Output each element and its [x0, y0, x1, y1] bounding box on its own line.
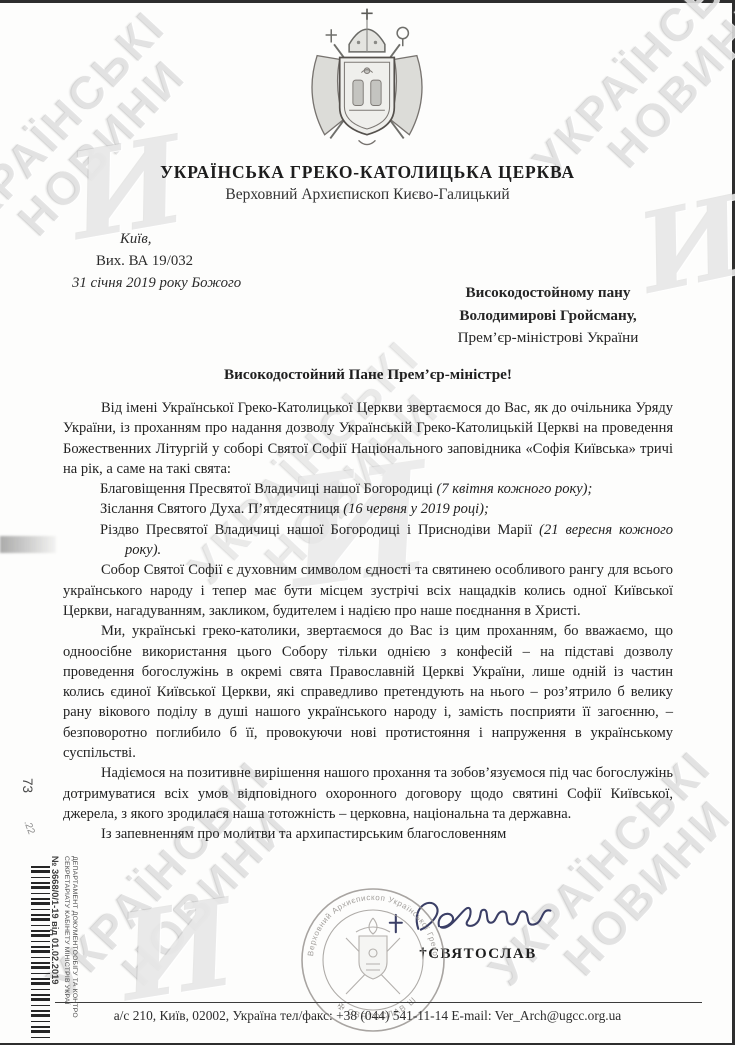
registration-stamp-department: ДЕПАРТАМЕНТ ДОКУМЕНТООБІГУ ТА КОНТРО — [70, 856, 78, 1036]
recipient-name: Володимирові Гройсману, — [408, 305, 688, 328]
scan-artifact-band — [0, 536, 56, 553]
feast-date-note: (16 червня у 2019 році); — [343, 501, 489, 517]
letter-body: Від імені Української Греко-Католицької … — [63, 398, 673, 845]
meta-date: 31 січня 2019 року Божого — [72, 272, 262, 294]
margin-pencil-note: .22 — [21, 819, 36, 836]
paragraph-request: Від імені Української Греко-Католицької … — [63, 398, 673, 479]
margin-page-number: 73 — [20, 778, 35, 793]
meta-ref-number: Вих. ВА 19/032 — [72, 250, 262, 272]
feast-item: Зіслання Святого Духа. П’ятдесятниця (16… — [63, 499, 673, 519]
footer-divider — [55, 1002, 702, 1003]
org-subtitle: Верховний Архиєпископ Києво-Галицький — [0, 186, 735, 204]
registration-stamp-number: № 3668/0/1-19 від 01.02.2019 — [48, 856, 60, 1036]
feast-name: Благовіщення Пресвятої Владичиці нашої Б… — [100, 481, 433, 497]
salutation-line: Високодостойний Пане Прем’єр-міністре! — [63, 366, 673, 384]
paragraph-hope: Надіємося на позитивне вирішення нашого … — [63, 763, 673, 824]
registration-barcode — [31, 866, 50, 1038]
registration-stamp: ДЕПАРТАМЕНТ ДОКУМЕНТООБІГУ ТА КОНТРО СЕК… — [48, 856, 78, 1036]
registration-stamp-secretariat: СЕКРЕТАРІАТУ КАБІНЕТУ МІНІСТРІВ УКРАЇ — [61, 856, 69, 1036]
footer-contact-line: а/с 210, Київ, 02002, Україна тел/факс: … — [0, 1008, 735, 1024]
feast-item: Різдво Пресвятої Владичиці нашої Богород… — [63, 520, 673, 561]
feast-date-note: (7 квітня кожного року); — [437, 481, 593, 497]
letter-meta-block: Київ, Вих. ВА 19/032 31 січня 2019 року … — [72, 228, 262, 294]
feast-list: Благовіщення Пресвятої Владичиці нашої Б… — [63, 479, 673, 560]
meta-city: Київ, — [72, 228, 262, 250]
paragraph-argument: Ми, українські греко-католики, звертаємо… — [63, 621, 673, 763]
recipient-title: Прем’єр-міністрові України — [408, 327, 688, 350]
recipient-block: Високодостойному пану Володимирові Гройс… — [408, 282, 688, 350]
feast-item: Благовіщення Пресвятої Владичиці нашої Б… — [63, 479, 673, 499]
ugcc-coat-of-arms-emblem — [287, 4, 447, 160]
closing-line: Із запевненням про молитви та архипастир… — [63, 824, 673, 844]
paragraph-sofia-symbol: Собор Святої Софії є духовним символом є… — [63, 560, 673, 621]
scan-edge-top — [0, 0, 735, 3]
org-name-title: УКРАЇНСЬКА ГРЕКО-КАТОЛИЦЬКА ЦЕРКВА — [0, 162, 735, 183]
feast-name: Зіслання Святого Духа. П’ятдесятниця — [100, 501, 340, 517]
feast-name: Різдво Пресвятої Владичиці нашої Богород… — [100, 522, 532, 538]
recipient-honorific: Високодостойному пану — [408, 282, 688, 305]
scanned-letter-page: УКРАЇНСЬКІ НОВИНИ УКРАЇНСЬКІ НОВИНИ УКРА… — [0, 0, 735, 1045]
watermark-text: УКРАЇНСЬКІ — [523, 0, 735, 187]
watermark-text: УКРАЇНСЬКІ — [0, 0, 175, 255]
watermark-logo-glyph: И — [110, 872, 244, 1029]
